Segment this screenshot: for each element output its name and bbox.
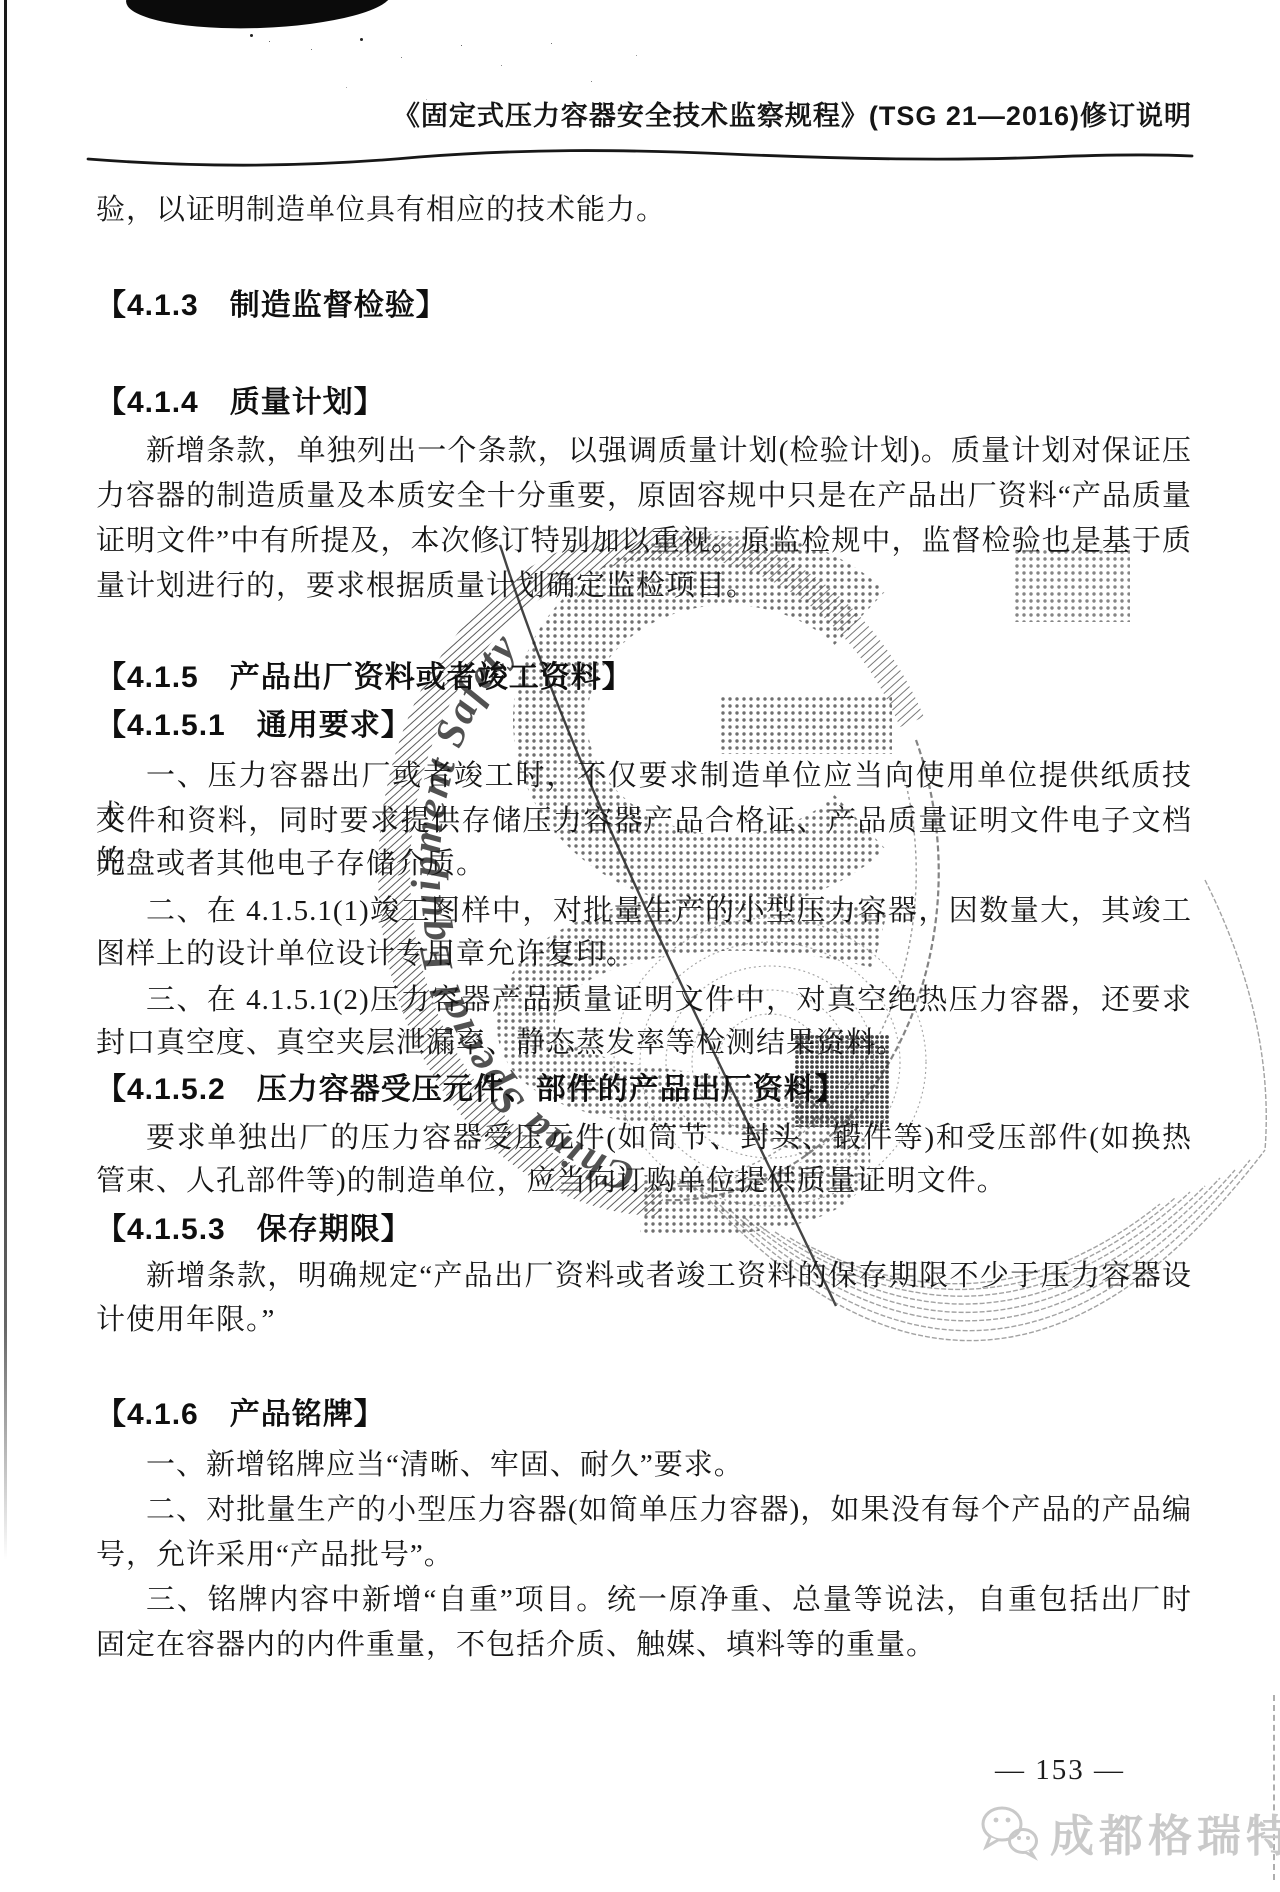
section-heading-4-1-3: 【4.1.3 制造监督检验】 bbox=[96, 286, 1192, 326]
body-line-12: 二、在 4.1.5.1(1)竣工图样中，对批量生产的小型压力容器，因数量大，其竣… bbox=[96, 891, 1192, 931]
body-line-17: 要求单独出厂的压力容器受压元件(如筒节、封头、锻件等)和受压部件(如换热 bbox=[96, 1118, 1192, 1158]
body-line-13: 图样上的设计单位设计专用章允许复印。 bbox=[96, 934, 1192, 974]
section-heading-4-1-5-2: 【4.1.5.2 压力容器受压元件、部件的产品出厂资料】 bbox=[96, 1070, 1192, 1110]
brand-text: 成都格瑞特 bbox=[1050, 1800, 1280, 1864]
section-heading-4-1-5-1: 【4.1.5.1 通用要求】 bbox=[96, 706, 1192, 746]
section-heading-4-1-5-3: 【4.1.5.3 保存期限】 bbox=[96, 1210, 1192, 1250]
section-heading-4-1-5: 【4.1.5 产品出厂资料或者竣工资料】 bbox=[96, 658, 1192, 698]
body-line-23: 一、新增铭牌应当“清晰、牢固、耐久”要求。 bbox=[96, 1445, 1192, 1485]
body-line-24: 二、对批量生产的小型压力容器(如简单压力容器)，如果没有每个产品的产品编 bbox=[96, 1490, 1192, 1530]
body-line-5: 证明文件”中有所提及，本次修订特别加以重视。原监检规中，监督检验也是基于质 bbox=[96, 521, 1192, 561]
body-line-21: 计使用年限。” bbox=[96, 1300, 1192, 1340]
page-header-title: 《固定式压力容器安全技术监察规程》(TSG 21—2016)修订说明 bbox=[393, 94, 1192, 133]
scan-left-edge-line bbox=[4, 0, 7, 1560]
scan-ink-blob bbox=[125, 0, 393, 33]
wechat-icon bbox=[978, 1803, 1042, 1861]
body-line-20: 新增条款，明确规定“产品出厂资料或者竣工资料的保存期限不少于压力容器设 bbox=[96, 1256, 1192, 1296]
body-line-4: 力容器的制造质量及本质安全十分重要，原固容规中只是在产品出厂资料“产品质量 bbox=[96, 476, 1192, 516]
scan-speckles bbox=[250, 34, 253, 37]
body-line-26: 三、铭牌内容中新增“自重”项目。统一原净重、总量等说法，自重包括出厂时 bbox=[96, 1580, 1192, 1620]
body-line-6: 量计划进行的，要求根据质量计划确定监检项目。 bbox=[96, 566, 1192, 606]
body-line-11: 光盘或者其他电子存储介质。 bbox=[96, 844, 1192, 884]
body-line-3: 新增条款，单独列出一个条款，以强调质量计划(检验计划)。质量计划对保证压 bbox=[96, 431, 1192, 471]
section-heading-4-1-6: 【4.1.6 产品铭牌】 bbox=[96, 1395, 1192, 1435]
body-line-15: 封口真空度、真空夹层泄漏率、静态蒸发率等检测结果资料。 bbox=[96, 1023, 1192, 1063]
section-heading-4-1-4: 【4.1.4 质量计划】 bbox=[96, 383, 1192, 423]
page-number: — 153 — bbox=[990, 1754, 1130, 1787]
body-line-0: 验，以证明制造单位具有相应的技术能力。 bbox=[96, 190, 1192, 230]
body-line-14: 三、在 4.1.5.1(2)压力容器产品质量证明文件中，对真空绝热压力容器，还要… bbox=[96, 980, 1192, 1020]
body-line-25: 号，允许采用“产品批号”。 bbox=[96, 1535, 1192, 1575]
body-line-18: 管束、人孔部件等)的制造单位，应当向订购单位提供质量证明文件。 bbox=[96, 1161, 1192, 1201]
body-line-27: 固定在容器内的内件重量，不包括介质、触媒、填料等的重量。 bbox=[96, 1625, 1192, 1665]
header-rule-line bbox=[84, 146, 1196, 172]
brand-watermark: 成都格瑞特 bbox=[978, 1800, 1280, 1864]
scanned-document-page: 《固定式压力容器安全技术监察规程》(TSG 21—2016)修订说明 bbox=[0, 0, 1280, 1892]
